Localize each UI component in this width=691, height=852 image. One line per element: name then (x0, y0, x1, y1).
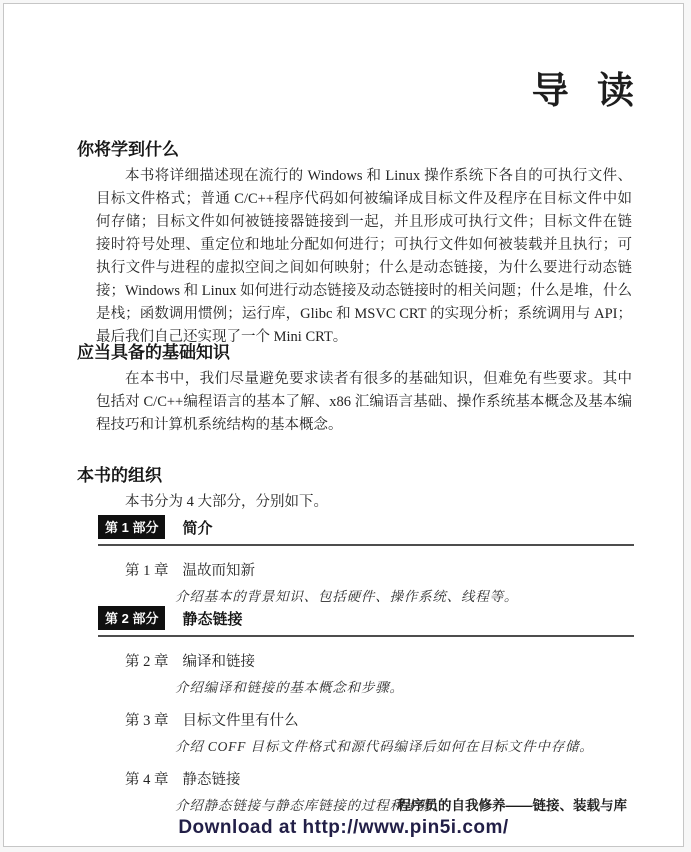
part-section-1: 第 1 部分 简介 第 1 章 温故而知新 介绍基本的背景知识、包括硬件、操作系… (98, 515, 634, 605)
part-section-2: 第 2 部分 静态链接 第 2 章 编译和链接 介绍编译和链接的基本概念和步骤。… (98, 606, 634, 814)
part-badge: 第 2 部分 (98, 606, 165, 630)
chapter-row: 第 2 章 编译和链接 (125, 650, 634, 671)
chapter-row: 第 4 章 静态链接 (125, 768, 634, 789)
chapter-number: 第 4 章 (125, 768, 169, 789)
chapter-number: 第 3 章 (125, 709, 169, 730)
footer-book-title: 程序员的自我修养——链接、装载与库 (398, 794, 628, 814)
section-paragraph: 在本书中，我们尽量避免要求读者有很多的基础知识，但难免有些要求。其中包括对 C/… (96, 368, 632, 437)
chapter-title: 目标文件里有什么 (183, 709, 299, 730)
chapter-title: 静态链接 (183, 768, 241, 789)
chapter-number: 第 1 章 (125, 559, 169, 580)
chapter-description: 介绍基本的背景知识、包括硬件、操作系统、线程等。 (125, 585, 634, 605)
chapter-entry: 第 1 章 温故而知新 介绍基本的背景知识、包括硬件、操作系统、线程等。 (98, 559, 634, 605)
chapter-title: 温故而知新 (183, 559, 256, 580)
part-badge: 第 1 部分 (98, 515, 165, 539)
chapter-entry: 第 2 章 编译和链接 介绍编译和链接的基本概念和步骤。 (98, 650, 634, 696)
part-title: 静态链接 (182, 608, 242, 629)
chapter-title: 编译和链接 (183, 650, 256, 671)
section-heading-prerequisites: 应当具备的基础知识 (77, 338, 230, 363)
section-heading-what-you-learn: 你将学到什么 (77, 135, 179, 160)
chapter-description: 介绍 COFF 目标文件格式和源代码编译后如何在目标文件中存储。 (125, 735, 634, 755)
chapter-description: 介绍编译和链接的基本概念和步骤。 (125, 676, 634, 696)
book-page: 导 读 你将学到什么 本书将详细描述现在流行的 Windows 和 Linux … (3, 3, 684, 847)
section-heading-organization: 本书的组织 (77, 461, 162, 486)
chapter-row: 第 1 章 温故而知新 (125, 559, 634, 580)
chapter-entry: 第 3 章 目标文件里有什么 介绍 COFF 目标文件格式和源代码编译后如何在目… (98, 709, 634, 755)
section-paragraph: 本书分为 4 大部分，分别如下。 (96, 491, 632, 514)
section-paragraph: 本书将详细描述现在流行的 Windows 和 Linux 操作系统下各自的可执行… (96, 165, 632, 349)
part-header: 第 2 部分 静态链接 (98, 606, 634, 637)
part-title: 简介 (182, 517, 212, 538)
chapter-row: 第 3 章 目标文件里有什么 (125, 709, 634, 730)
chapter-number: 第 2 章 (125, 650, 169, 671)
page-title: 导 读 (532, 60, 643, 114)
download-watermark-link[interactable]: Download at http://www.pin5i.com/ (4, 817, 683, 839)
part-header: 第 1 部分 简介 (98, 515, 634, 546)
